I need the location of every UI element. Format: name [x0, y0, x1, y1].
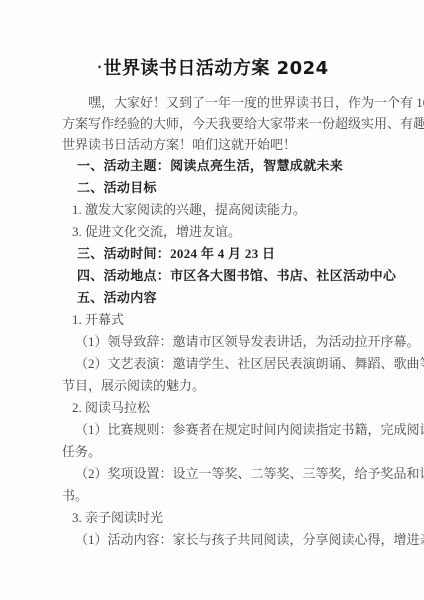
activity-sub-item: （1）领导致辞：邀请市区领导发表讲话，为活动拉开序幕。	[62, 331, 364, 353]
document-page: ·世界读书日活动方案 2024 嘿，大家好！又到了一年一度的世界读书日，作为一个…	[0, 0, 424, 600]
activity-sub-item: （1）活动内容：家长与孩子共同阅读，分享阅读心得，增进亲	[62, 529, 364, 551]
wrapped-line: 书。	[62, 485, 364, 507]
goal-item: 3. 促进文化交流，增进友谊。	[62, 221, 364, 243]
section-heading-time: 三、活动时间：2024 年 4 月 23 日	[62, 243, 364, 265]
intro-paragraph-line: 世界读书日活动方案！咱们这就开始吧！	[62, 134, 364, 155]
section-heading-theme: 一、活动主题：阅读点亮生活，智慧成就未来	[62, 155, 364, 177]
activity-item-opening: 1. 开幕式	[62, 309, 364, 331]
activity-item-marathon: 2. 阅读马拉松	[62, 397, 364, 419]
activity-sub-item: （1）比赛规则：参赛者在规定时间内阅读指定书籍，完成阅读	[62, 419, 364, 441]
wrapped-line: 节目，展示阅读的魅力。	[62, 375, 364, 397]
section-heading-goals: 二、活动目标	[62, 177, 364, 199]
intro-paragraph-line: 方案写作经验的大师，今天我要给大家带来一份超级实用、有趣的	[62, 113, 364, 134]
document-title-text: 世界读书日活动方案 2024	[103, 58, 328, 79]
wrapped-line: 任务。	[62, 441, 364, 463]
activity-sub-item: （2）文艺表演：邀请学生、社区居民表演朗诵、舞蹈、歌曲等	[62, 353, 364, 375]
section-heading-content: 五、活动内容	[62, 287, 364, 309]
activity-item-family-reading: 3. 亲子阅读时光	[62, 507, 364, 529]
activity-sub-item: （2）奖项设置：设立一等奖、二等奖、三等奖，给予奖品和证	[62, 463, 364, 485]
document-title: ·世界读书日活动方案 2024	[62, 54, 364, 82]
title-dot: ·	[97, 60, 102, 74]
section-heading-location: 四、活动地点：市区各大图书馆、书店、社区活动中心	[62, 265, 364, 287]
goal-item: 1. 激发大家阅读的兴趣，提高阅读能力。	[62, 199, 364, 221]
intro-paragraph-line: 嘿，大家好！又到了一年一度的世界读书日，作为一个有 10 年	[62, 92, 364, 113]
